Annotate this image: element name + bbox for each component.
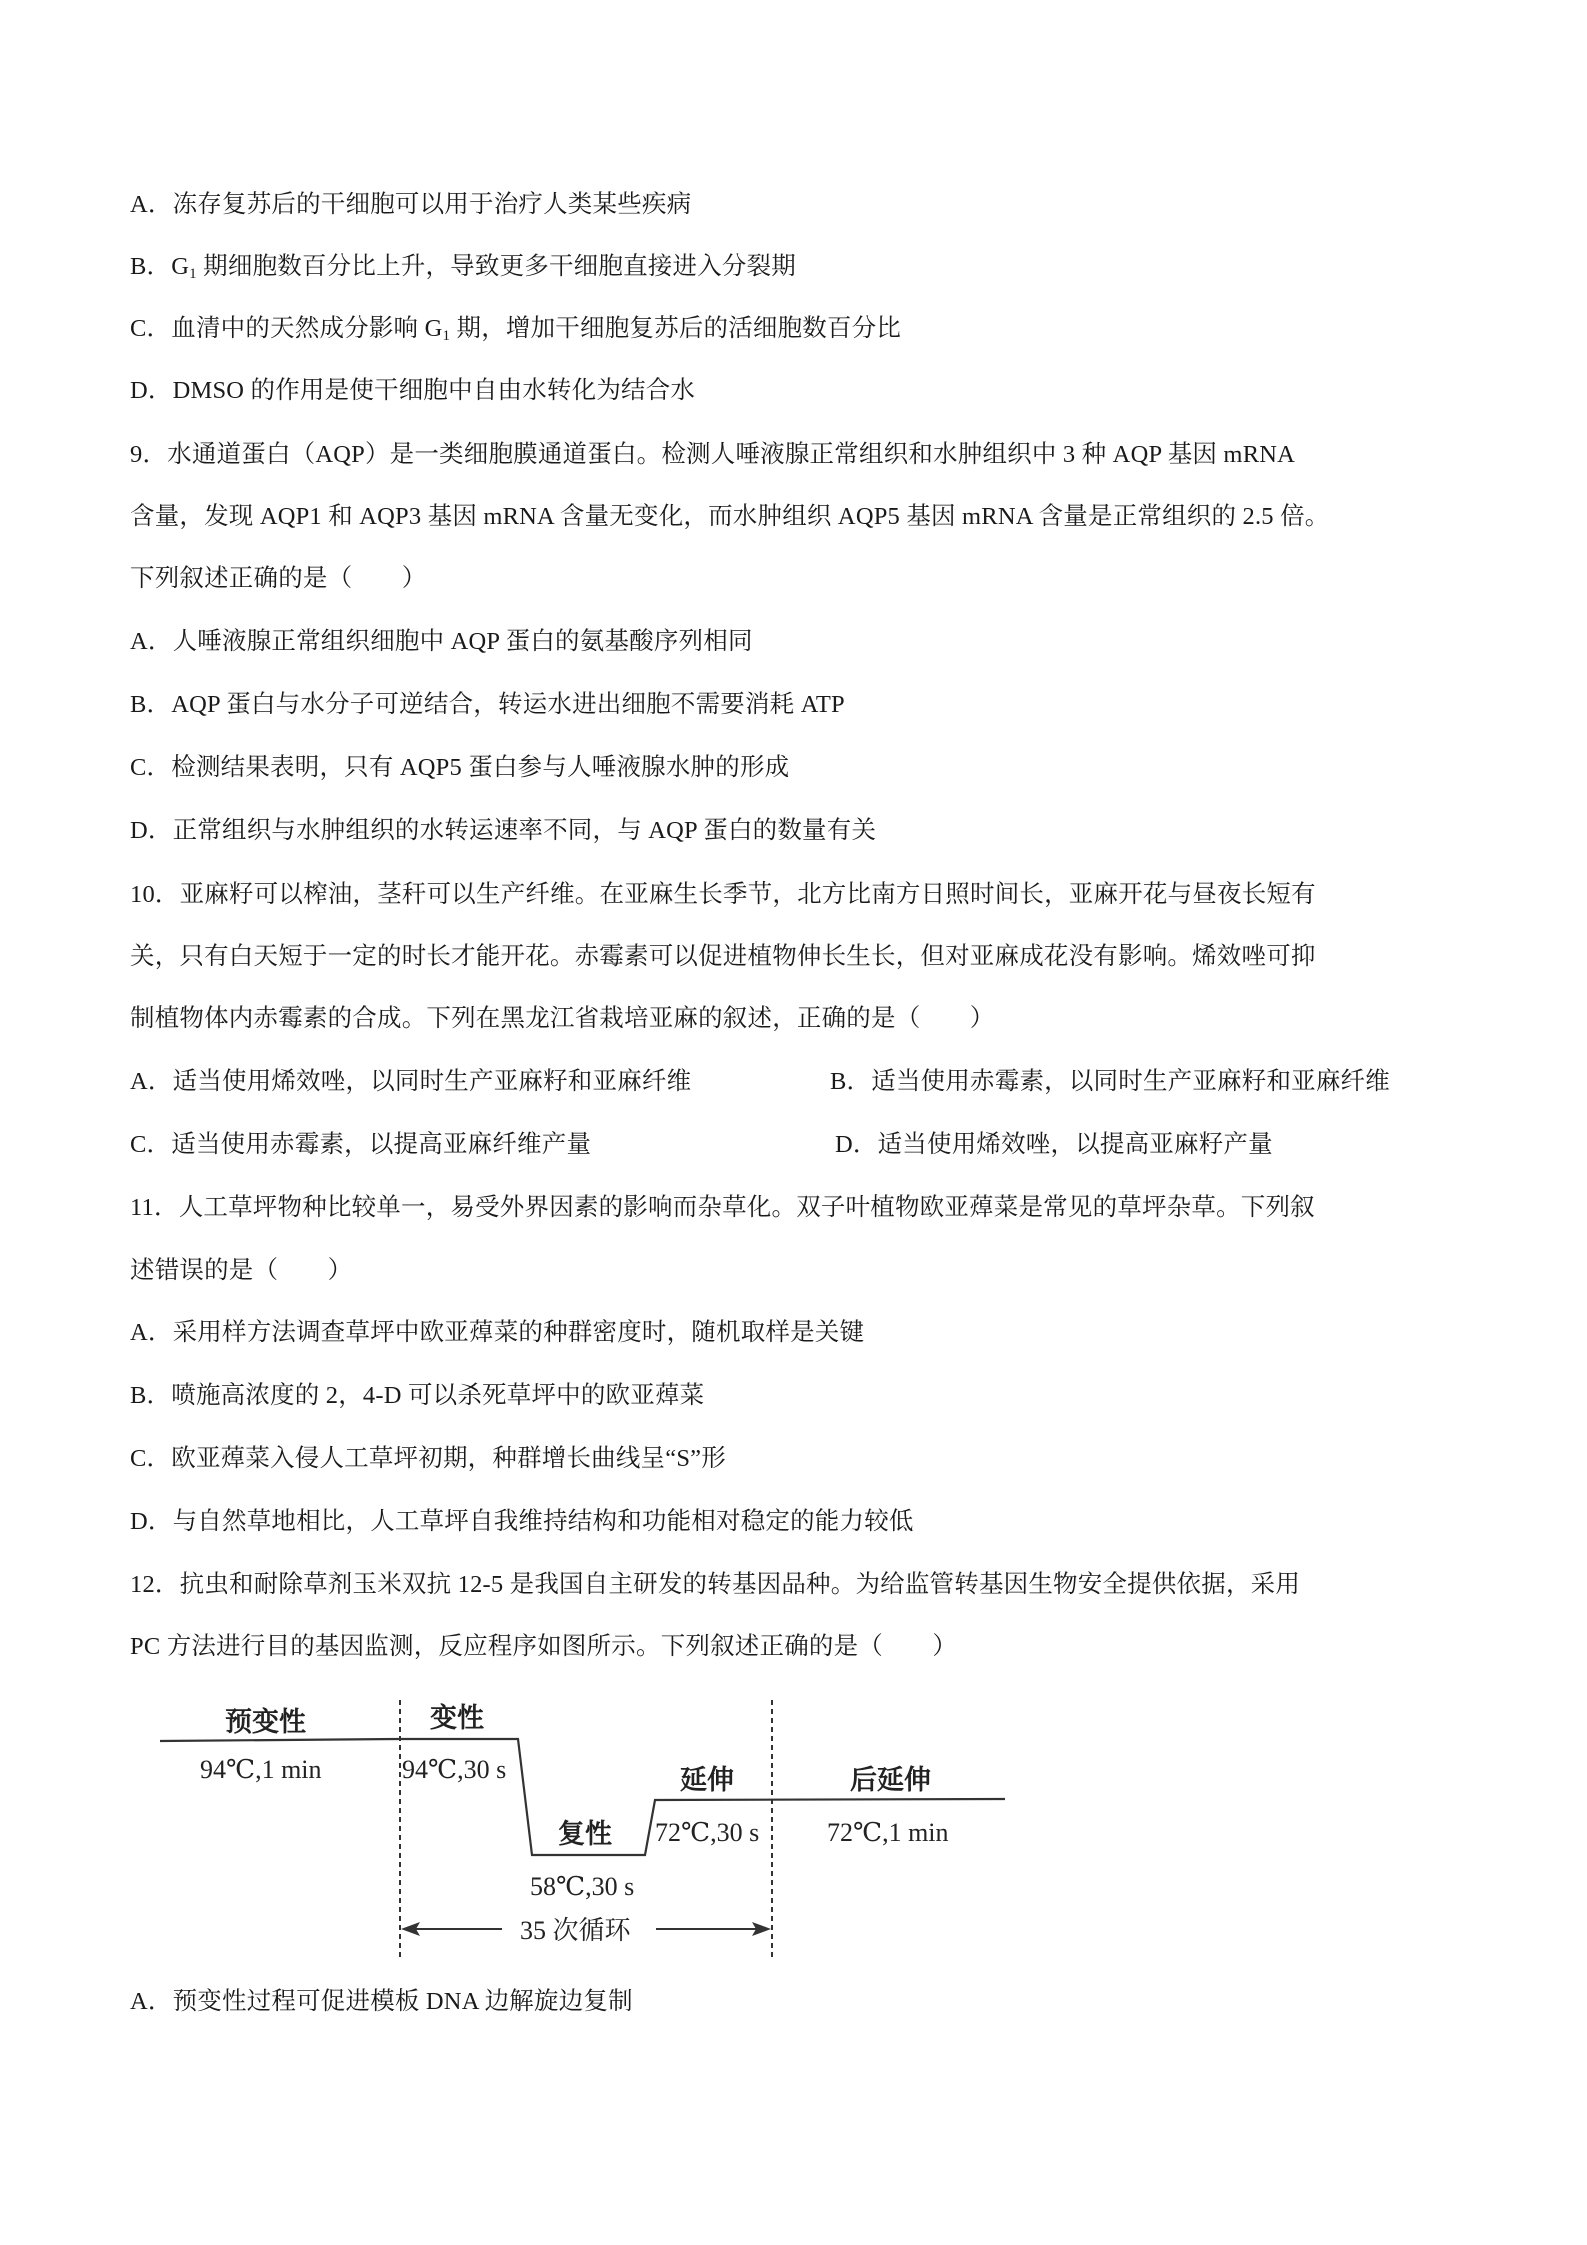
q11-option-a: A．采用样方法调查草坪中欧亚蔊菜的种群密度时，随机取样是关键 bbox=[130, 1318, 864, 1348]
cycle-count-label: 35 次循环 bbox=[520, 1916, 632, 1945]
option-text: DMSO 的作用是使干细胞中自由水转化为结合水 bbox=[173, 377, 696, 404]
option-label: C． bbox=[130, 1131, 171, 1158]
stage-condition-extend: 72℃,30 s bbox=[655, 1818, 759, 1847]
option-label: C． bbox=[130, 315, 171, 342]
option-label: A． bbox=[130, 1068, 173, 1095]
arrowhead-right-icon bbox=[752, 1922, 771, 1936]
stage-condition-anneal: 58℃,30 s bbox=[530, 1872, 634, 1901]
q8-option-d: D．DMSO 的作用是使干细胞中自由水转化为结合水 bbox=[130, 376, 695, 406]
option-label: C． bbox=[130, 754, 171, 781]
option-text: 正常组织与水肿组织的水转运速率不同，与 AQP 蛋白的数量有关 bbox=[173, 817, 877, 844]
option-label: A． bbox=[130, 191, 173, 218]
stage-name-denature: 变性 bbox=[430, 1702, 484, 1733]
q8-option-a: A．冻存复苏后的干细胞可以用于治疗人类某些疾病 bbox=[130, 190, 691, 220]
q11-stem-line-1: 11．人工草坪物种比较单一，易受外界因素的影响而杂草化。双子叶植物欧亚蔊菜是常见… bbox=[130, 1193, 1315, 1223]
option-label: B． bbox=[130, 1382, 171, 1409]
option-label: B． bbox=[130, 691, 171, 718]
option-label: A． bbox=[130, 1988, 173, 2015]
option-text: 适当使用赤霉素，以同时生产亚麻籽和亚麻纤维 bbox=[871, 1068, 1390, 1095]
temperature-profile-line bbox=[160, 1739, 1005, 1855]
option-label: D． bbox=[130, 1508, 173, 1535]
q10-option-a: A．适当使用烯效唑，以同时生产亚麻籽和亚麻纤维 bbox=[130, 1067, 691, 1097]
option-text: AQP 蛋白与水分子可逆结合，转运水进出细胞不需要消耗 ATP bbox=[171, 691, 845, 718]
q9-option-b: B．AQP 蛋白与水分子可逆结合，转运水进出细胞不需要消耗 ATP bbox=[130, 690, 845, 720]
q9-stem-line-1: 9．水通道蛋白（AQP）是一类细胞膜通道蛋白。检测人唾液腺正常组织和水肿组织中 … bbox=[130, 440, 1295, 470]
arrowhead-left-icon bbox=[401, 1922, 420, 1936]
q9-stem-line-3: 下列叙述正确的是（ ） bbox=[130, 564, 426, 594]
q12-stem-line-1: 12．抗虫和耐除草剂玉米双抗 12-5 是我国自主研发的转基因品种。为给监管转基… bbox=[130, 1570, 1300, 1600]
q11-stem-line-2: 述错误的是（ ） bbox=[130, 1256, 352, 1286]
option-label: B． bbox=[130, 253, 171, 280]
option-text: 适当使用烯效唑，以同时生产亚麻籽和亚麻纤维 bbox=[173, 1068, 692, 1095]
q8-option-b: B．G1 期细胞数百分比上升，导致更多干细胞直接进入分裂期 bbox=[130, 252, 796, 282]
q10-stem-line-1: 10．亚麻籽可以榨油，茎秆可以生产纤维。在亚麻生长季节，北方比南方日照时间长，亚… bbox=[130, 880, 1316, 910]
option-text: 喷施高浓度的 2，4-D 可以杀死草坪中的欧亚蔊菜 bbox=[171, 1382, 704, 1409]
option-text: 欧亚蔊菜入侵人工草坪初期，种群增长曲线呈“S”形 bbox=[171, 1445, 726, 1472]
option-text: 预变性过程可促进模板 DNA 边解旋边复制 bbox=[173, 1988, 633, 2015]
stage-name-anneal: 复性 bbox=[558, 1819, 612, 1849]
q10-stem-line-3: 制植物体内赤霉素的合成。下列在黑龙江省栽培亚麻的叙述，正确的是（ ） bbox=[130, 1004, 995, 1034]
option-label: D． bbox=[130, 817, 173, 844]
option-text: 期细胞数百分比上升，导致更多干细胞直接进入分裂期 bbox=[197, 253, 796, 280]
stage-name-extend: 延伸 bbox=[680, 1765, 734, 1795]
stage-condition-final-extend: 72℃,1 min bbox=[827, 1818, 949, 1847]
option-label: A． bbox=[130, 628, 173, 655]
option-label: D． bbox=[130, 377, 173, 404]
q10-stem-line-2: 关，只有白天短于一定的时长才能开花。赤霉素可以促进植物伸长生长，但对亚麻成花没有… bbox=[130, 942, 1316, 972]
option-label: A． bbox=[130, 1319, 173, 1346]
q10-option-d: D．适当使用烯效唑，以提高亚麻籽产量 bbox=[835, 1130, 1273, 1160]
q9-stem-line-2: 含量，发现 AQP1 和 AQP3 基因 mRNA 含量无变化，而水肿组织 AQ… bbox=[130, 502, 1329, 532]
option-text: 采用样方法调查草坪中欧亚蔊菜的种群密度时，随机取样是关键 bbox=[173, 1319, 865, 1346]
option-label: B． bbox=[830, 1068, 871, 1095]
option-text: 期，增加干细胞复苏后的活细胞数百分比 bbox=[450, 315, 901, 342]
option-text-pre: G bbox=[171, 253, 189, 280]
q9-option-c: C．检测结果表明，只有 AQP5 蛋白参与人唾液腺水肿的形成 bbox=[130, 753, 789, 783]
q9-option-d: D．正常组织与水肿组织的水转运速率不同，与 AQP 蛋白的数量有关 bbox=[130, 816, 876, 846]
q11-option-d: D．与自然草地相比，人工草坪自我维持结构和功能相对稳定的能力较低 bbox=[130, 1507, 914, 1537]
option-label: C． bbox=[130, 1445, 171, 1472]
option-text: 人唾液腺正常组织细胞中 AQP 蛋白的氨基酸序列相同 bbox=[173, 628, 753, 655]
option-text: 检测结果表明，只有 AQP5 蛋白参与人唾液腺水肿的形成 bbox=[171, 754, 789, 781]
stage-name-predenature: 预变性 bbox=[225, 1706, 306, 1737]
stage-condition-predenature: 94℃,1 min bbox=[200, 1755, 322, 1784]
q10-option-b: B．适当使用赤霉素，以同时生产亚麻籽和亚麻纤维 bbox=[830, 1067, 1390, 1097]
q12-option-a: A．预变性过程可促进模板 DNA 边解旋边复制 bbox=[130, 1987, 633, 2017]
stage-condition-denature: 94℃,30 s bbox=[402, 1755, 506, 1784]
option-text-pre: 血清中的天然成分影响 G bbox=[171, 315, 442, 342]
q11-option-b: B．喷施高浓度的 2，4-D 可以杀死草坪中的欧亚蔊菜 bbox=[130, 1381, 704, 1411]
q8-option-c: C．血清中的天然成分影响 G1 期，增加干细胞复苏后的活细胞数百分比 bbox=[130, 314, 901, 344]
option-text: 冻存复苏后的干细胞可以用于治疗人类某些疾病 bbox=[173, 191, 692, 218]
stage-name-final-extend: 后延伸 bbox=[850, 1765, 931, 1795]
q9-option-a: A．人唾液腺正常组织细胞中 AQP 蛋白的氨基酸序列相同 bbox=[130, 627, 753, 657]
option-text: 与自然草地相比，人工草坪自我维持结构和功能相对稳定的能力较低 bbox=[173, 1508, 914, 1535]
q10-option-c: C．适当使用赤霉素，以提高亚麻纤维产量 bbox=[130, 1130, 591, 1160]
option-label: D． bbox=[835, 1131, 878, 1158]
option-text: 适当使用赤霉素，以提高亚麻纤维产量 bbox=[171, 1131, 591, 1158]
subscript: 1 bbox=[189, 266, 197, 282]
q11-option-c: C．欧亚蔊菜入侵人工草坪初期，种群增长曲线呈“S”形 bbox=[130, 1444, 726, 1474]
q12-stem-line-2: PC 方法进行目的基因监测，反应程序如图所示。下列叙述正确的是（ ） bbox=[130, 1632, 957, 1662]
option-text: 适当使用烯效唑，以提高亚麻籽产量 bbox=[878, 1131, 1273, 1158]
